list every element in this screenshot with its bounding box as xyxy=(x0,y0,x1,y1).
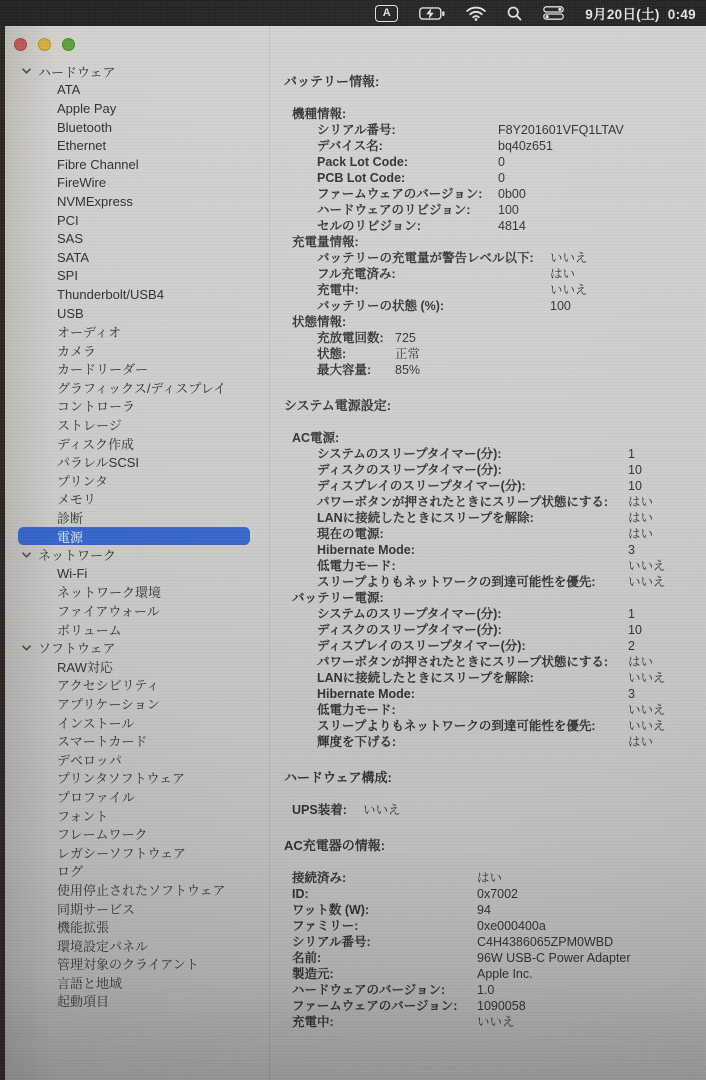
info-row: ファームウェアのバージョン:0b00 xyxy=(270,186,706,202)
row-label: バッテリーの充電量が警告レベル以下: xyxy=(317,251,534,265)
row-label: 低電力モード: xyxy=(317,559,396,573)
row-value: いいえ xyxy=(628,558,666,574)
info-row: スリープよりもネットワークの到達可能性を優先:いいえ xyxy=(270,574,706,590)
menubar-status-icons: A xyxy=(375,5,564,22)
row-value: F8Y201601VFQ1LTAV xyxy=(498,122,624,138)
sidebar-item-label: インストール xyxy=(57,713,134,732)
info-row: 充電中:いいえ xyxy=(270,1014,706,1030)
row-value: 10 xyxy=(628,462,642,478)
sidebar-item-label: 言語と地域 xyxy=(57,973,122,992)
row-label: ディスクのスリープタイマー(分): xyxy=(317,463,502,477)
sidebar-item-extensions[interactable]: 機能拡張 xyxy=(5,917,270,936)
row-label: Hibernate Mode: xyxy=(317,543,415,557)
info-row: ハードウェアのリビジョン:100 xyxy=(270,202,706,218)
sidebar-group-label: ソフトウェア xyxy=(38,638,115,657)
sidebar-item-smart-cards[interactable]: スマートカード xyxy=(5,731,270,750)
sidebar-item-label: フォント xyxy=(57,806,108,825)
sidebar-item-graphics-displays[interactable]: グラフィックス/ディスプレイ xyxy=(5,378,270,397)
sidebar-item-card-reader[interactable]: カードリーダー xyxy=(5,360,270,379)
row-value: はい xyxy=(628,734,653,750)
row-label: 製造元: xyxy=(292,967,334,981)
row-value: 1 xyxy=(628,446,635,462)
info-row: ID:0x7002 xyxy=(270,886,706,902)
row-value: 10 xyxy=(628,622,642,638)
sidebar-group-software[interactable]: ソフトウェア xyxy=(5,638,270,657)
sidebar-item-label: グラフィックス/ディスプレイ xyxy=(57,378,226,397)
sidebar-item-audio[interactable]: オーディオ xyxy=(5,322,270,341)
sidebar-item-fibre-channel[interactable]: Fibre Channel xyxy=(5,155,270,174)
row-label: システムのスリープタイマー(分): xyxy=(317,607,502,621)
sidebar-item-label: Bluetooth xyxy=(57,120,112,135)
row-label: セルのリビジョン: xyxy=(317,219,421,233)
sidebar-item-label: 診断 xyxy=(57,508,83,527)
info-row: システムのスリープタイマー(分):1 xyxy=(270,446,706,462)
sidebar-item-thunderbolt-usb4[interactable]: Thunderbolt/USB4 xyxy=(5,285,270,304)
info-row: 状態:正常 xyxy=(270,346,706,362)
row-label: 最大容量: xyxy=(317,363,371,377)
info-row: システムのスリープタイマー(分):1 xyxy=(270,606,706,622)
info-row: パワーボタンが押されたときにスリープ状態にする:はい xyxy=(270,654,706,670)
row-label: ワット数 (W): xyxy=(292,903,369,917)
sidebar-item-label: パラレルSCSI xyxy=(57,452,139,471)
info-row: バッテリーの充電量が警告レベル以下:いいえ xyxy=(270,250,706,266)
battery-charging-icon[interactable] xyxy=(419,7,445,20)
sidebar-item-label: 同期サービス xyxy=(57,899,135,918)
sidebar-item-volumes[interactable]: ボリューム xyxy=(5,620,270,639)
row-label: UPS装着: xyxy=(292,803,347,817)
sidebar-item-label: デベロッパ xyxy=(57,750,122,769)
row-value: いいえ xyxy=(363,802,401,818)
sidebar: ハードウェアATAApple PayBluetoothEthernetFibre… xyxy=(5,62,270,1010)
row-label: システムのスリープタイマー(分): xyxy=(317,447,502,461)
section-heading-ac-power: AC電源: xyxy=(270,430,706,446)
sidebar-item-label: カードリーダー xyxy=(57,359,148,378)
sidebar-item-label: SAS xyxy=(57,231,83,246)
row-label: 充電中: xyxy=(317,283,359,297)
info-row: スリープよりもネットワークの到達可能性を優先:いいえ xyxy=(270,718,706,734)
sidebar-item-controller[interactable]: コントローラ xyxy=(5,397,270,416)
sidebar-item-label: ネットワーク環境 xyxy=(57,582,161,601)
row-label: シリアル番号: xyxy=(317,123,396,137)
sidebar-item-label: オーディオ xyxy=(57,322,121,341)
sidebar-item-ata[interactable]: ATA xyxy=(5,81,270,100)
selection-highlight xyxy=(18,527,250,545)
section-heading-health-info: 状態情報: xyxy=(270,314,706,330)
row-value: はい xyxy=(628,654,653,670)
section-heading-charge-info: 充電量情報: xyxy=(270,234,706,250)
sidebar-item-label: USB xyxy=(57,306,84,321)
sidebar-item-raw-support[interactable]: RAW対応 xyxy=(5,657,270,676)
row-label: 接続済み: xyxy=(292,871,346,885)
row-value: 0b00 xyxy=(498,186,526,202)
row-label: Hibernate Mode: xyxy=(317,687,415,701)
sidebar-item-label: RAW対応 xyxy=(57,657,113,676)
info-row: シリアル番号:C4H4386065ZPM0WBD xyxy=(270,934,706,950)
sidebar-item-nvmexpress[interactable]: NVMExpress xyxy=(5,192,270,211)
sidebar-item-frameworks[interactable]: フレームワーク xyxy=(5,824,270,843)
close-button[interactable] xyxy=(14,38,27,51)
row-label: LANに接続したときにスリープを解除: xyxy=(317,511,534,525)
sidebar-item-label: アプリケーション xyxy=(57,694,160,713)
row-label: ディスプレイのスリープタイマー(分): xyxy=(317,639,526,653)
row-value: 94 xyxy=(477,902,491,918)
row-value: 100 xyxy=(550,298,571,314)
row-value: 0 xyxy=(498,170,505,186)
sidebar-item-label: レガシーソフトウェア xyxy=(57,843,186,862)
info-row: Pack Lot Code:0 xyxy=(270,154,706,170)
row-label: Pack Lot Code: xyxy=(317,155,408,169)
info-row: Hibernate Mode:3 xyxy=(270,686,706,702)
row-value: 2 xyxy=(628,638,635,654)
sidebar-item-firewire[interactable]: FireWire xyxy=(5,174,270,193)
sidebar-item-label: 環境設定パネル xyxy=(57,936,148,955)
chevron-down-icon[interactable] xyxy=(22,645,31,651)
row-label: スリープよりもネットワークの到達可能性を優先: xyxy=(317,575,596,589)
sidebar-item-label: PCI xyxy=(57,213,79,228)
row-label: 低電力モード: xyxy=(317,703,396,717)
zoom-button[interactable] xyxy=(62,38,75,51)
row-label: デバイス名: xyxy=(317,139,383,153)
section-heading-system-power-settings: システム電源設定: xyxy=(270,398,706,414)
sidebar-item-network-locations[interactable]: ネットワーク環境 xyxy=(5,583,270,602)
sidebar-item-startup-items[interactable]: 起動項目 xyxy=(5,992,270,1011)
row-value: 10 xyxy=(628,478,642,494)
menubar-clock[interactable]: 9月20日(土) 0:49 xyxy=(585,3,696,23)
info-row: 最大容量:85% xyxy=(270,362,706,378)
row-value: 3 xyxy=(628,542,635,558)
row-value: 85% xyxy=(395,362,420,378)
sidebar-item-label: メモリ xyxy=(57,489,96,508)
sidebar-item-label: SATA xyxy=(57,250,89,265)
row-value: はい xyxy=(550,266,575,282)
info-row: シリアル番号:F8Y201601VFQ1LTAV xyxy=(270,122,706,138)
sidebar-item-memory[interactable]: メモリ xyxy=(5,490,270,509)
sidebar-item-accessibility[interactable]: アクセシビリティ xyxy=(5,676,270,695)
section-heading-battery-info: バッテリー情報: xyxy=(270,74,706,90)
sidebar-item-label: FireWire xyxy=(57,175,106,190)
sidebar-item-label: Fibre Channel xyxy=(57,157,139,172)
row-label: 現在の電源: xyxy=(317,527,384,541)
sidebar-item-disc-burning[interactable]: ディスク作成 xyxy=(5,434,270,453)
sidebar-item-fonts[interactable]: フォント xyxy=(5,806,270,825)
info-row: 充電中:いいえ xyxy=(270,282,706,298)
system-information-window: ハードウェアATAApple PayBluetoothEthernetFibre… xyxy=(5,26,706,1080)
row-label: 状態: xyxy=(317,347,346,361)
info-row: Hibernate Mode:3 xyxy=(270,542,706,558)
row-label: ID: xyxy=(292,887,309,901)
row-label: パワーボタンが押されたときにスリープ状態にする: xyxy=(317,655,608,669)
row-label: ファミリー: xyxy=(292,919,358,933)
spotlight-search-icon[interactable] xyxy=(507,6,522,21)
power-report-pane: バッテリー情報:機種情報:シリアル番号:F8Y201601VFQ1LTAVデバイ… xyxy=(270,26,706,1080)
row-value: 3 xyxy=(628,686,635,702)
row-value: いいえ xyxy=(477,1014,515,1030)
sidebar-item-applications[interactable]: アプリケーション xyxy=(5,694,270,713)
sidebar-item-label: プロファイル xyxy=(57,787,135,806)
row-value: 96W USB-C Power Adapter xyxy=(477,950,631,966)
sidebar-item-ethernet[interactable]: Ethernet xyxy=(5,136,270,155)
row-value: Apple Inc. xyxy=(477,966,533,982)
sidebar-group-label: ハードウェア xyxy=(38,62,115,81)
row-value: bq40z651 xyxy=(498,138,553,154)
section-heading-hardware-config: ハードウェア構成: xyxy=(270,770,706,786)
window-controls xyxy=(14,38,75,51)
wifi-icon[interactable] xyxy=(466,6,486,21)
info-row: 低電力モード:いいえ xyxy=(270,702,706,718)
row-label: 輝度を下げる: xyxy=(317,735,396,749)
sidebar-item-label: ATA xyxy=(57,82,80,97)
sidebar-item-label: NVMExpress xyxy=(57,194,133,209)
info-row: 充放電回数:725 xyxy=(270,330,706,346)
info-row: デバイス名:bq40z651 xyxy=(270,138,706,154)
sidebar-item-parallel-scsi[interactable]: パラレルSCSI xyxy=(5,452,270,471)
row-value: 100 xyxy=(498,202,519,218)
sidebar-item-label: アクセシビリティ xyxy=(57,675,159,694)
sidebar-item-camera[interactable]: カメラ xyxy=(5,341,270,360)
section-heading-model-info: 機種情報: xyxy=(270,106,706,122)
info-row: ディスプレイのスリープタイマー(分):2 xyxy=(270,638,706,654)
row-value: 4814 xyxy=(498,218,526,234)
info-row: ファームウェアのバージョン:1090058 xyxy=(270,998,706,1014)
row-label: パワーボタンが押されたときにスリープ状態にする: xyxy=(317,495,608,509)
row-value: 1090058 xyxy=(477,998,526,1014)
sidebar-item-sync-services[interactable]: 同期サービス xyxy=(5,899,270,918)
chevron-down-icon[interactable] xyxy=(22,68,31,74)
sidebar-item-label: ファイアウォール xyxy=(57,601,160,620)
sidebar-item-bluetooth[interactable]: Bluetooth xyxy=(5,118,270,137)
row-value: 0 xyxy=(498,154,505,170)
sidebar-item-developer[interactable]: デベロッパ xyxy=(5,750,270,769)
sidebar-item-label: ボリューム xyxy=(57,620,122,639)
info-row: フル充電済み:はい xyxy=(270,266,706,282)
sidebar-item-diagnostics[interactable]: 診断 xyxy=(5,508,270,527)
sidebar-item-spi[interactable]: SPI xyxy=(5,267,270,286)
row-value: 1 xyxy=(628,606,635,622)
sidebar-item-printer-software[interactable]: プリンタソフトウェア xyxy=(5,769,270,788)
sidebar-group-hardware[interactable]: ハードウェア xyxy=(5,62,270,81)
info-row: パワーボタンが押されたときにスリープ状態にする:はい xyxy=(270,494,706,510)
info-row: LANに接続したときにスリープを解除:いいえ xyxy=(270,670,706,686)
sidebar-item-label: Wi-Fi xyxy=(57,566,87,581)
info-row: 輝度を下げる:はい xyxy=(270,734,706,750)
sidebar-item-label: SPI xyxy=(57,268,78,283)
row-value: 正常 xyxy=(395,346,420,362)
sidebar-item-disabled-software[interactable]: 使用停止されたソフトウェア xyxy=(5,880,270,899)
chevron-down-icon[interactable] xyxy=(22,552,31,558)
sidebar-item-profiles[interactable]: プロファイル xyxy=(5,787,270,806)
info-row: ワット数 (W):94 xyxy=(270,902,706,918)
info-row: 名前:96W USB-C Power Adapter xyxy=(270,950,706,966)
sidebar-item-label: プリンタソフトウェア xyxy=(57,768,185,787)
sidebar-item-storage[interactable]: ストレージ xyxy=(5,415,270,434)
input-source-icon[interactable]: A xyxy=(375,5,398,22)
row-value: いいえ xyxy=(628,702,666,718)
sidebar-item-label: プリンタ xyxy=(57,471,108,490)
row-value: いいえ xyxy=(628,670,666,686)
row-value: 0x7002 xyxy=(477,886,518,902)
row-value: はい xyxy=(628,510,653,526)
info-row: ディスクのスリープタイマー(分):10 xyxy=(270,462,706,478)
row-label: 名前: xyxy=(292,951,321,965)
row-label: ハードウェアのバージョン: xyxy=(292,983,445,997)
row-value: はい xyxy=(477,870,502,886)
row-label: PCB Lot Code: xyxy=(317,171,405,185)
sidebar-item-label: Apple Pay xyxy=(57,101,116,116)
row-value: いいえ xyxy=(628,718,666,734)
row-label: ファームウェアのバージョン: xyxy=(317,187,482,201)
sidebar-item-label: 電源 xyxy=(57,527,83,546)
sidebar-item-label: コントローラ xyxy=(57,396,135,415)
info-row: UPS装着:いいえ xyxy=(270,802,706,818)
sidebar-item-label: 機能拡張 xyxy=(57,917,109,936)
info-row: 製造元:Apple Inc. xyxy=(270,966,706,982)
sidebar-item-label: スマートカード xyxy=(57,731,147,750)
row-value: はい xyxy=(628,494,653,510)
info-row: 低電力モード:いいえ xyxy=(270,558,706,574)
info-row: セルのリビジョン:4814 xyxy=(270,218,706,234)
sidebar-item-label: Thunderbolt/USB4 xyxy=(57,287,164,302)
sidebar-item-label: 起動項目 xyxy=(57,991,109,1010)
row-value: いいえ xyxy=(550,282,588,298)
sidebar-item-power[interactable]: 電源 xyxy=(5,527,270,546)
row-value: いいえ xyxy=(550,250,588,266)
info-row: ファミリー:0xe000400a xyxy=(270,918,706,934)
sidebar-group-network[interactable]: ネットワーク xyxy=(5,545,270,564)
sidebar-item-sas[interactable]: SAS xyxy=(5,229,270,248)
row-label: LANに接続したときにスリープを解除: xyxy=(317,671,534,685)
sidebar-item-label: フレームワーク xyxy=(57,824,147,843)
row-label: ハードウェアのリビジョン: xyxy=(317,203,470,217)
row-label: 充電中: xyxy=(292,1015,334,1029)
row-label: シリアル番号: xyxy=(292,935,371,949)
info-row: ハードウェアのバージョン:1.0 xyxy=(270,982,706,998)
row-label: ディスクのスリープタイマー(分): xyxy=(317,623,502,637)
sidebar-item-label: ストレージ xyxy=(57,415,122,434)
row-label: スリープよりもネットワークの到達可能性を優先: xyxy=(317,719,596,733)
sidebar-item-printers[interactable]: プリンタ xyxy=(5,471,270,490)
info-row: PCB Lot Code:0 xyxy=(270,170,706,186)
sidebar-item-label: カメラ xyxy=(57,341,96,360)
row-value: 725 xyxy=(395,330,416,346)
sidebar-item-logs[interactable]: ログ xyxy=(5,862,270,881)
section-heading-battery-power: バッテリー電源: xyxy=(270,590,706,606)
info-row: 現在の電源:はい xyxy=(270,526,706,542)
control-center-icon[interactable] xyxy=(543,6,564,20)
row-label: ファームウェアのバージョン: xyxy=(292,999,457,1013)
sidebar-item-preference-panes[interactable]: 環境設定パネル xyxy=(5,936,270,955)
sidebar-item-managed-client[interactable]: 管理対象のクライアント xyxy=(5,955,270,974)
sidebar-item-legacy-software[interactable]: レガシーソフトウェア xyxy=(5,843,270,862)
sidebar-item-label: ログ xyxy=(57,861,83,880)
sidebar-item-label: 管理対象のクライアント xyxy=(57,954,199,973)
sidebar-item-installations[interactable]: インストール xyxy=(5,713,270,732)
sidebar-item-language-region[interactable]: 言語と地域 xyxy=(5,973,270,992)
info-row: バッテリーの状態 (%):100 xyxy=(270,298,706,314)
sidebar-item-sata[interactable]: SATA xyxy=(5,248,270,267)
sidebar-item-label: 使用停止されたソフトウェア xyxy=(57,880,225,899)
sidebar-item-apple-pay[interactable]: Apple Pay xyxy=(5,99,270,118)
info-row: ディスプレイのスリープタイマー(分):10 xyxy=(270,478,706,494)
menu-bar: A 9月20日(土) 0:49 xyxy=(0,0,706,26)
row-value: 1.0 xyxy=(477,982,494,998)
sidebar-item-firewall[interactable]: ファイアウォール xyxy=(5,601,270,620)
row-label: バッテリーの状態 (%): xyxy=(317,299,444,313)
row-value: C4H4386065ZPM0WBD xyxy=(477,934,613,950)
info-row: LANに接続したときにスリープを解除:はい xyxy=(270,510,706,526)
sidebar-item-label: ディスク作成 xyxy=(57,434,134,453)
sidebar-item-wifi[interactable]: Wi-Fi xyxy=(5,564,270,583)
row-value: 0xe000400a xyxy=(477,918,546,934)
row-label: フル充電済み: xyxy=(317,267,396,281)
row-label: ディスプレイのスリープタイマー(分): xyxy=(317,479,526,493)
sidebar-group-label: ネットワーク xyxy=(38,545,116,564)
row-value: はい xyxy=(628,526,653,542)
row-label: 充放電回数: xyxy=(317,331,384,345)
sidebar-item-usb[interactable]: USB xyxy=(5,304,270,323)
row-value: いいえ xyxy=(628,574,666,590)
minimize-button[interactable] xyxy=(38,38,51,51)
sidebar-item-label: Ethernet xyxy=(57,138,106,153)
sidebar-item-pci[interactable]: PCI xyxy=(5,211,270,230)
section-heading-ac-charger-info: AC充電器の情報: xyxy=(270,838,706,854)
info-row: ディスクのスリープタイマー(分):10 xyxy=(270,622,706,638)
info-row: 接続済み:はい xyxy=(270,870,706,886)
